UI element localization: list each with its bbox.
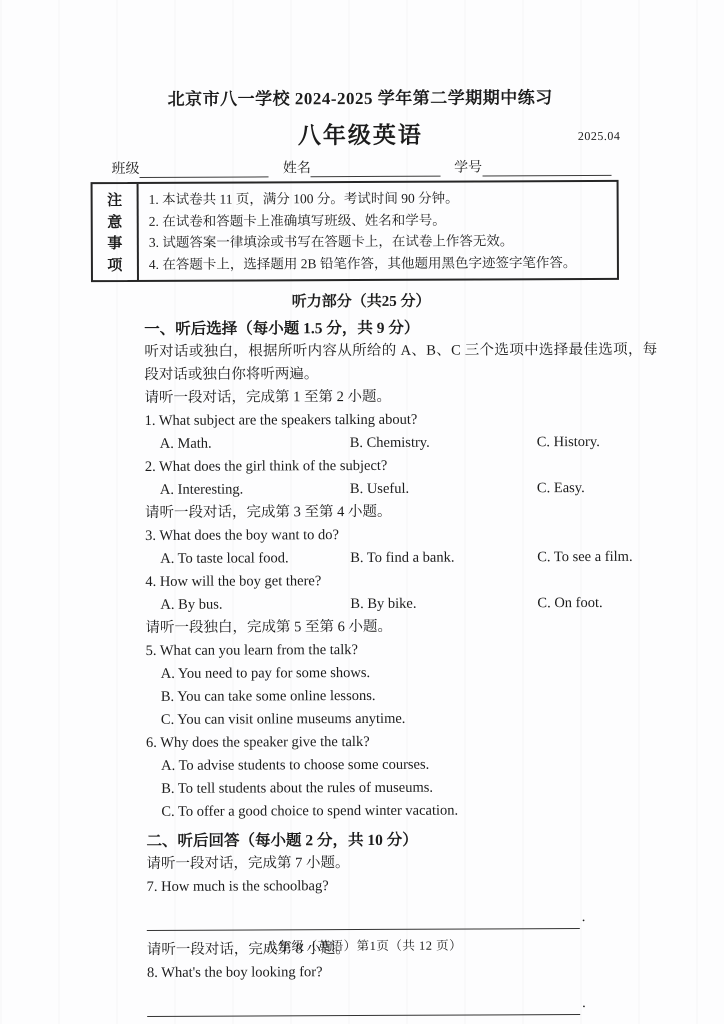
option-c: C. History. [537, 431, 658, 455]
option-a: A. Math. [160, 432, 350, 456]
question-4: 4. How will the boy get there? [145, 569, 658, 594]
notice-box: 注 意 事 项 1. 本试卷共 11 页，满分 100 分。考试时间 90 分钟… [91, 180, 619, 282]
option-b: B. Useful. [350, 477, 537, 501]
question-7: 7. How much is the schoolbag? [147, 874, 660, 899]
notice-char: 注 [107, 189, 122, 210]
dialog-prompt-3-4: 请听一段对话，完成第 3 至第 4 小题。 [145, 500, 658, 525]
page-footer: 八年级（英语）第1页（共 12 页） [2, 934, 724, 955]
name-label: 姓名 [283, 157, 311, 177]
section1-instruction: 听对话或独白，根据所听内容从所给的 A、B、C 三个选项中选择最佳选项，每段对话… [144, 339, 657, 387]
question-8: 8. What's the boy looking for? [147, 960, 660, 985]
question-3: 3. What does the boy want to do? [145, 523, 658, 548]
option-a: A. By bus. [160, 593, 350, 617]
student-id-label: 学号 [454, 156, 482, 176]
notice-char: 项 [107, 254, 122, 275]
question-1-options: A. Math. B. Chemistry. C. History. [145, 431, 658, 456]
blank-period: . [582, 992, 586, 1015]
option-a: A. To taste local food. [160, 547, 350, 571]
answer-line [147, 997, 580, 1017]
dialog-prompt-1-2: 请听一段对话，完成第 1 至第 2 小题。 [144, 385, 657, 410]
option-a: A. You need to pay for some shows. [146, 661, 659, 686]
notice-item: 2. 在试卷和答题卡上准确填写班级、姓名和学号。 [149, 208, 611, 232]
option-b: B. Chemistry. [350, 431, 537, 455]
listening-part-header: 听力部分（共25 分） [0, 288, 723, 312]
option-c: C. To offer a good choice to spend winte… [146, 799, 659, 824]
question-3-options: A. To taste local food. B. To find a ban… [145, 546, 658, 571]
section1-heading: 一、听后选择（每小题 1.5 分，共 9 分） [144, 316, 657, 341]
notice-item: 4. 在答题卡上，选择题用 2B 铅笔作答，其他题用黑色字迹签字笔作答。 [149, 251, 611, 275]
notice-item: 1. 本试卷共 11 页，满分 100 分。考试时间 90 分钟。 [149, 187, 611, 211]
notice-items: 1. 本试卷共 11 页，满分 100 分。考试时间 90 分钟。 2. 在试卷… [139, 182, 617, 280]
scanned-exam-page: 北京市八一学校 2024-2025 学年第二学期期中练习 八年级英语 2025.… [0, 0, 724, 1024]
notice-side-label: 注 意 事 项 [93, 184, 139, 280]
option-c: C. You can visit online museums anytime. [146, 707, 659, 732]
section2-heading: 二、听后回答（每小题 2 分，共 10 分） [146, 828, 659, 853]
monolog-prompt-5-6: 请听一段独白，完成第 5 至第 6 小题。 [145, 615, 658, 640]
option-c: C. Easy. [537, 477, 658, 501]
question-5-options: A. You need to pay for some shows. B. Yo… [146, 661, 659, 732]
exam-body: 一、听后选择（每小题 1.5 分，共 9 分） 听对话或独白，根据所听内容从所给… [144, 316, 660, 1017]
exam-title-row: 八年级英语 2025.04 [0, 115, 722, 152]
option-a: A. To advise students to choose some cou… [146, 753, 659, 778]
option-a: A. Interesting. [160, 478, 350, 502]
question-5: 5. What can you learn from the talk? [146, 638, 659, 663]
dialog-prompt-7: 请听一段对话，完成第 7 小题。 [146, 851, 659, 876]
exam-title: 八年级英语 [298, 123, 423, 149]
class-blank [139, 160, 268, 178]
question-6-options: A. To advise students to choose some cou… [146, 753, 659, 824]
question-4-options: A. By bus. B. By bike. C. On foot. [145, 592, 658, 617]
class-label: 班级 [111, 158, 139, 178]
question-2: 2. What does the girl think of the subje… [145, 454, 658, 479]
notice-char: 事 [107, 232, 122, 253]
answer-blank-8: . [147, 997, 660, 1017]
option-c: C. To see a film. [537, 546, 658, 570]
question-6: 6. Why does the speaker give the talk? [146, 730, 659, 755]
notice-item: 3. 试题答案一律填涂或书写在答题卡上，在试卷上作答无效。 [149, 230, 611, 254]
page-content: 北京市八一学校 2024-2025 学年第二学期期中练习 八年级英语 2025.… [0, 0, 724, 1024]
student-id-blank [482, 159, 611, 177]
option-b: B. To tell students about the rules of m… [146, 776, 659, 801]
school-header: 北京市八一学校 2024-2025 学年第二学期期中练习 [0, 0, 722, 111]
answer-line [147, 911, 580, 931]
notice-char: 意 [107, 211, 122, 232]
name-blank [311, 160, 440, 178]
question-2-options: A. Interesting. B. Useful. C. Easy. [145, 477, 658, 502]
blank-period: . [582, 906, 586, 929]
option-c: C. On foot. [537, 592, 658, 616]
question-1: 1. What subject are the speakers talking… [145, 408, 658, 433]
student-info-row: 班级 姓名 学号 [111, 156, 611, 178]
option-b: B. To find a bank. [350, 546, 537, 570]
exam-date: 2025.04 [578, 129, 621, 144]
answer-blank-7: . [147, 911, 660, 931]
option-b: B. You can take some online lessons. [146, 684, 659, 709]
option-b: B. By bike. [350, 592, 537, 616]
